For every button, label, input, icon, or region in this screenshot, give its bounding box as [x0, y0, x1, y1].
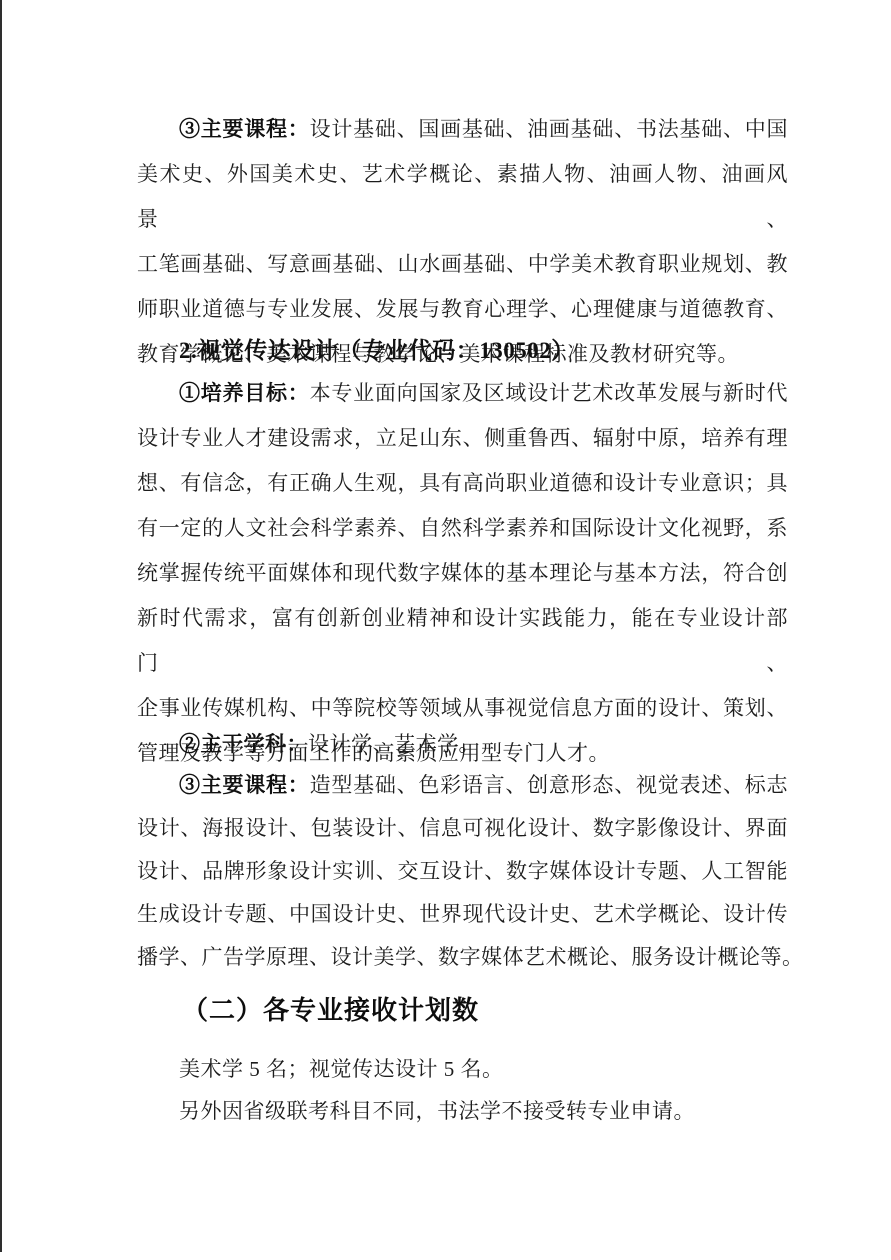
- lead-label-training-goal: ①培养目标：: [179, 381, 310, 405]
- text-line: ①培养目标：本专业面向国家及区域设计艺术改革发展与新时代: [137, 371, 788, 416]
- lead-label-design-courses: ③主要课程：: [179, 773, 310, 797]
- text-line: 播学、广告学原理、设计美学、数字媒体艺术概论、服务设计概论等。: [137, 936, 788, 979]
- text-line: 新时代需求，富有创新创业精神和设计实践能力，能在专业设计部门、: [137, 596, 788, 686]
- text-line: ③主要课程：造型基础、色彩语言、创意形态、视觉表述、标志: [137, 764, 788, 807]
- heading-quota-section: （二）各专业接收计划数: [137, 994, 788, 1028]
- scan-left-edge: [0, 0, 2, 1252]
- text-run: 本专业面向国家及区域设计艺术改革发展与新时代: [310, 381, 788, 405]
- text-line: 有一定的人文社会科学素养、自然科学素养和国际设计文化视野，系: [137, 506, 788, 551]
- text-line: 师职业道德与专业发展、发展与教育心理学、心理健康与道德教育、: [137, 287, 788, 332]
- text-run: 造型基础、色彩语言、创意形态、视觉表述、标志: [310, 773, 788, 797]
- text-line: 统掌握传统平面媒体和现代数字媒体的基本理论与基本方法，符合创: [137, 551, 788, 596]
- text-line: 工笔画基础、写意画基础、山水画基础、中学美术教育职业规划、教: [137, 242, 788, 287]
- text-line: ③主要课程：设计基础、国画基础、油画基础、书法基础、中国: [137, 107, 788, 152]
- line-main-subjects: ②主干学科：设计学、艺术学。: [137, 722, 788, 767]
- heading-visual-design: 2.视觉传达设计（专业代码：130502）: [137, 336, 788, 366]
- paragraph-training-goal: ①培养目标：本专业面向国家及区域设计艺术改革发展与新时代 设计专业人才建设需求，…: [137, 371, 788, 776]
- text-line: 设计专业人才建设需求，立足山东、侧重鲁西、辐射中原，培养有理: [137, 416, 788, 461]
- text-line: 生成设计专题、中国设计史、世界现代设计史、艺术学概论、设计传: [137, 893, 788, 936]
- text-line: 设计、品牌形象设计实训、交互设计、数字媒体设计专题、人工智能: [137, 850, 788, 893]
- paragraph-design-courses: ③主要课程：造型基础、色彩语言、创意形态、视觉表述、标志 设计、海报设计、包装设…: [137, 764, 788, 979]
- text-line: 美术史、外国美术史、艺术学概论、素描人物、油画人物、油画风景、: [137, 152, 788, 242]
- line-quota: 美术学 5 名；视觉传达设计 5 名。: [137, 1054, 788, 1084]
- text-line: 想、有信念，有正确人生观，具有高尚职业道德和设计专业意识；具: [137, 461, 788, 506]
- text-line: ②主干学科：设计学、艺术学。: [137, 722, 788, 767]
- text-run: 设计基础、国画基础、油画基础、书法基础、中国: [310, 117, 788, 141]
- lead-label-main-subjects: ②主干学科：: [179, 732, 308, 756]
- lead-label-main-courses: ③主要课程：: [179, 117, 310, 141]
- line-note: 另外因省级联考科目不同，书法学不接受转专业申请。: [137, 1096, 788, 1126]
- text-run: 设计学、艺术学。: [308, 732, 480, 756]
- text-line: 设计、海报设计、包装设计、信息可视化设计、数字影像设计、界面: [137, 807, 788, 850]
